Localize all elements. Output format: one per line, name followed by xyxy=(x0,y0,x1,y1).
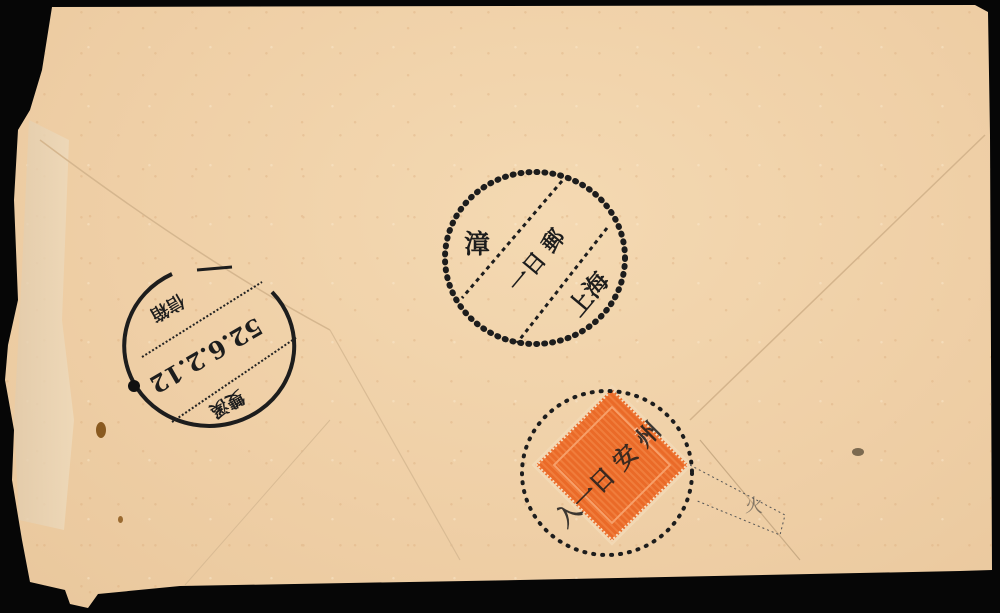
svg-text:入一日 安 州: 入一日 安 州 xyxy=(549,415,666,532)
stain-spot xyxy=(118,516,123,523)
svg-text:雙溪: 雙溪 xyxy=(206,385,248,422)
photo-background: 52.6.2.12 信箱 雙溪 一日 郵 漳 上海 中國 入一日 安 州 火 xyxy=(0,0,1000,613)
svg-text:52.6.2.12: 52.6.2.12 xyxy=(145,312,268,400)
postmark-left: 52.6.2.12 信箱 雙溪 xyxy=(112,262,302,442)
faint-handstamp: 火 xyxy=(690,450,810,550)
svg-text:火: 火 xyxy=(745,496,763,517)
svg-text:漳: 漳 xyxy=(464,229,490,260)
postmark-center: 一日 郵 漳 上海 xyxy=(437,163,633,353)
svg-text:信箱: 信箱 xyxy=(146,289,188,326)
postmark-stamp-cancel: 入一日 安 州 xyxy=(512,378,702,568)
stain-spot xyxy=(96,422,106,438)
paper-hole xyxy=(852,448,864,456)
